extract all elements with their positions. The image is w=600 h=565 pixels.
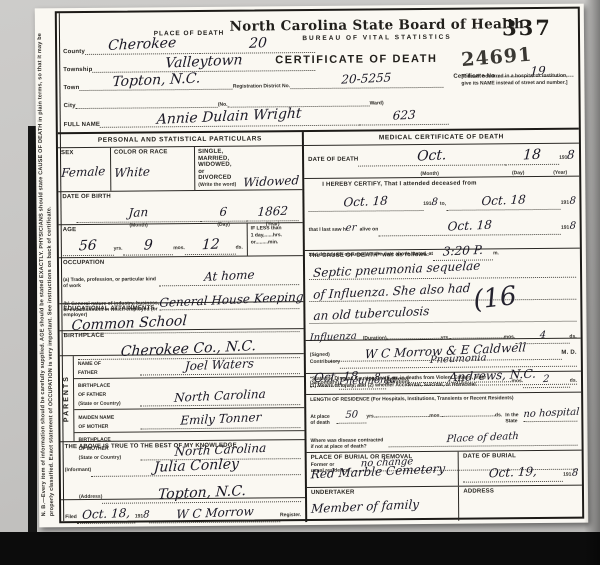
dob-year-value: 1862 xyxy=(257,205,288,218)
mother-name-value: Emily Tonner xyxy=(180,411,262,427)
undertaker-cell: UNDERTAKER Member of family xyxy=(307,487,459,522)
father-name-row: NAME OF FATHER Joel Waters xyxy=(74,354,304,379)
form-body: PERSONAL AND STATISTICAL PARTICULARS SEX… xyxy=(58,130,582,525)
burial-place-value: Red Marble Cemetery xyxy=(310,462,445,480)
sex-race-marital-row: SEX Female COLOR OR RACE White SINGLE, M… xyxy=(58,146,302,192)
age-row: AGE 56 yrs. 9 mos. 12 ds. IF LESS xyxy=(59,223,303,258)
attestation-heading: THE ABOVE IS TRUE TO THE BEST OF MY KNOW… xyxy=(65,442,301,450)
personal-column: PERSONAL AND STATISTICAL PARTICULARS SEX… xyxy=(58,132,307,524)
her-value: er xyxy=(346,223,357,234)
county-code-value: 20 xyxy=(248,36,267,51)
filed-date-value: Oct. 18, xyxy=(81,507,130,521)
cause-line-1: Septic pneumonia sequelae xyxy=(313,260,481,279)
burial-date-value: Oct. 19, xyxy=(489,465,538,479)
cause-of-death-block: The CAUSE OF DEATH* was as follows: Sept… xyxy=(305,249,581,341)
age-years-value: 56 xyxy=(79,239,98,254)
dod-year-digit: 8 xyxy=(567,149,575,161)
birthplace-row: BIRTHPLACE Cherokee Co., N.C. xyxy=(60,329,304,356)
town-value: Topton, N.C. xyxy=(112,71,201,89)
signed-block: (Signed) W C Morrow & E Caldwell M. D. O… xyxy=(306,339,581,374)
undertaker-value: Member of family xyxy=(311,498,420,515)
date-of-birth-row: DATE OF BIRTH Jan 6 1862 (Month) (Day) (… xyxy=(58,190,302,225)
place-of-death-block: PLACE OF DEATH County Cherokee 20 Townsh… xyxy=(63,29,316,112)
burial-date-cell: DATE OF BURIAL Oct. 19, 191 8 xyxy=(458,451,582,486)
contracted-value: Place of death xyxy=(447,432,520,445)
certificate-form: 337 North Carolina State Board of Health… xyxy=(55,7,584,524)
occupation-a-value: At home xyxy=(203,269,254,283)
dod-month-value: Oct. xyxy=(417,148,447,163)
township-value: Valleytown xyxy=(165,53,243,70)
filed-year-digit: 8 xyxy=(143,510,150,520)
dob-month-value: Jan xyxy=(128,206,148,219)
dob-day-value: 6 xyxy=(219,206,227,218)
marital-value: Widowed xyxy=(243,174,300,188)
race-value: White xyxy=(114,164,192,179)
registrar-signature: W C Morrow xyxy=(176,505,254,520)
attended-to-year: 8 xyxy=(569,197,576,207)
hospital-instruction-note: [If death occurred in a hospital or inst… xyxy=(461,73,573,87)
full-name-value: Annie Dulain Wright xyxy=(157,107,303,127)
mother-name-row: MAIDEN NAME OF MOTHER Emily Tonner xyxy=(74,408,304,433)
parents-side-label: PARENTS xyxy=(63,375,70,422)
scan-bottom-band xyxy=(0,532,600,565)
parents-block: PARENTS NAME OF FATHER Joel Waters BIRTH… xyxy=(60,354,305,442)
attended-to-date: Oct. 18 xyxy=(481,193,526,207)
medical-column: MEDICAL CERTIFICATE OF DEATH DATE OF DEA… xyxy=(304,130,582,522)
cause-line-2: of Influenza. She also had xyxy=(313,282,471,301)
informant-value: Julia Conley xyxy=(153,457,239,475)
county-value: Cherokee xyxy=(108,36,177,53)
registration-district-label: Registration District No. xyxy=(233,83,290,89)
father-name-value: Joel Waters xyxy=(185,357,255,372)
last-seen-year: 8 xyxy=(569,222,576,232)
registration-district-value: 20-5255 xyxy=(341,71,392,85)
physician-signature: W C Morrow & E Caldwell xyxy=(365,341,527,360)
undertaker-address-cell: ADDRESS xyxy=(458,486,582,521)
filed-row: Filed Oct. 18, 191 8 W C Morrow Register… xyxy=(61,498,305,526)
street-number-value: 623 xyxy=(392,109,416,122)
last-seen-date: Oct. 18 xyxy=(447,219,492,233)
scan-right-shadow xyxy=(584,0,600,565)
stamped-file-number: 24691 xyxy=(460,44,533,72)
age-months-value: 9 xyxy=(143,238,153,252)
residence-heading: LENGTH OF RESIDENCE (For Hospitals, Inst… xyxy=(310,395,577,403)
no-hospital-note: no hospital xyxy=(523,408,580,420)
father-birthplace-row: BIRTHPLACE OF FATHER (State or Country) … xyxy=(74,377,304,410)
father-birthplace-value: North Carolina xyxy=(174,388,266,404)
certify-block: I HEREBY CERTIFY, That I attended deceas… xyxy=(304,177,580,251)
burial-year-digit: 8 xyxy=(571,469,578,479)
residence-block: LENGTH OF RESIDENCE (For Hospitals, Inst… xyxy=(306,393,581,453)
occupation-row: OCCUPATION (a) Trade, profession, or par… xyxy=(59,256,303,304)
attestation-block: THE ABOVE IS TRUE TO THE BEST OF MY KNOW… xyxy=(61,440,305,500)
sex-value: Female xyxy=(61,165,108,179)
attended-from-year: 8 xyxy=(431,198,438,208)
date-of-death-row: DATE OF DEATH Oct. 18 191 8 (Month) (Day… xyxy=(304,144,579,179)
scrawled-code: (16 xyxy=(472,281,518,316)
full-name-row: FULL NAME Annie Dulain Wright 623 xyxy=(64,106,449,128)
header-zone: 337 North Carolina State Board of Health… xyxy=(57,9,579,135)
cause-line-3: an old tuberculosis xyxy=(313,305,430,322)
age-days-value: 12 xyxy=(201,237,220,252)
at-place-years-value: 50 xyxy=(345,410,358,421)
certificate-paper: N. B.—Every item of information should b… xyxy=(35,4,589,528)
town-row: Town Topton, N.C. Registration District … xyxy=(63,73,443,91)
scanned-death-certificate: N. B.—Every item of information should b… xyxy=(0,0,600,565)
dod-day-value: 18 xyxy=(523,148,542,163)
attended-from-date: Oct. 18 xyxy=(343,195,388,209)
footnote-block: *State the Disease Causing Death, or, in… xyxy=(306,372,581,395)
burial-place-cell: PLACE OF BURIAL OR REMOVAL Red Marble Ce… xyxy=(307,452,459,487)
burial-block: PLACE OF BURIAL OR REMOVAL Red Marble Ce… xyxy=(307,451,583,522)
margin-instructions: N. B.—Every item of information should b… xyxy=(36,16,57,516)
education-row: EDUCATIONAL ATTAINMENTS Common School xyxy=(59,302,303,331)
registrar-label: Register. xyxy=(280,512,301,518)
